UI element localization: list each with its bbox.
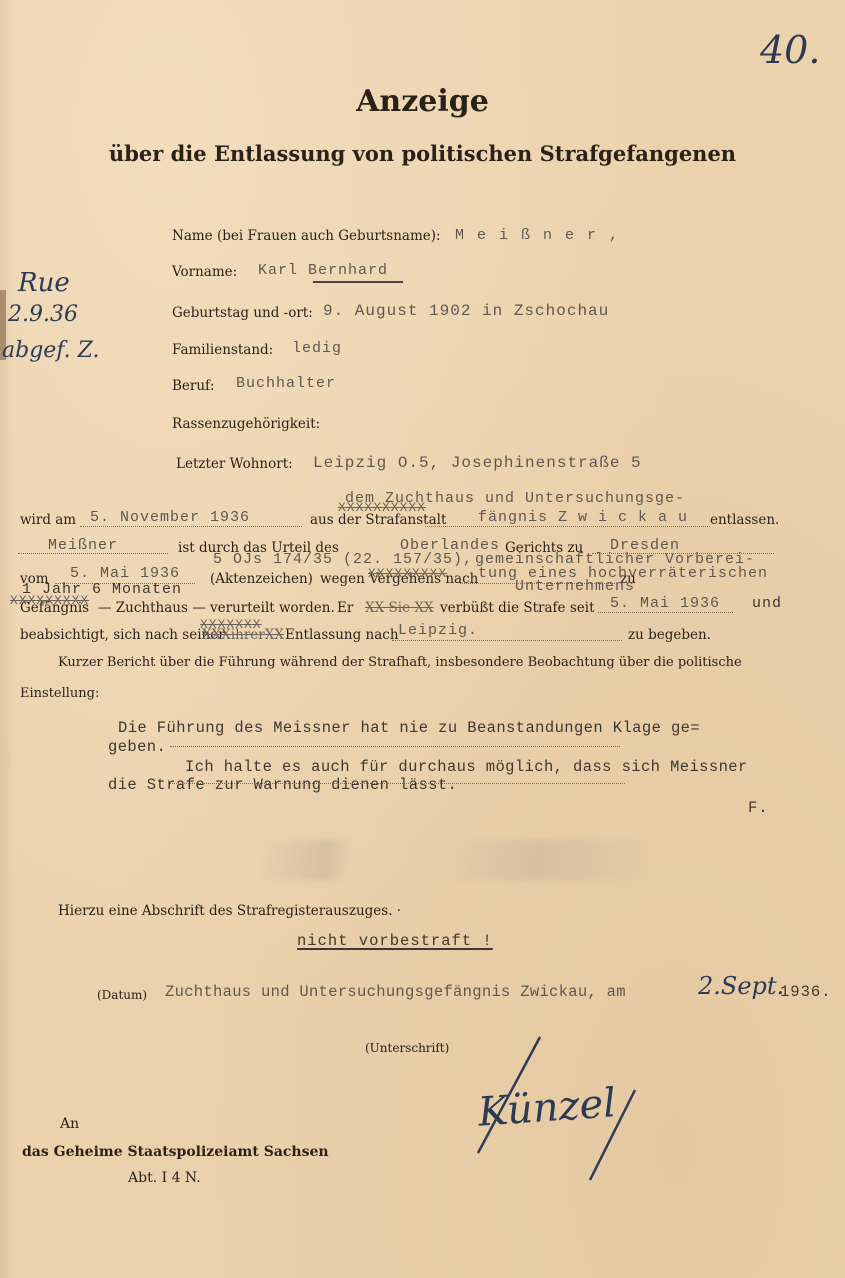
field-label-wohnort: Letzter Wohnort: bbox=[176, 456, 293, 472]
release-date: 5. November 1936 bbox=[90, 509, 250, 526]
label-entlassung-nach: Entlassung nach bbox=[285, 627, 399, 643]
attachment-note: Hierzu eine Abschrift des Strafregistera… bbox=[58, 903, 401, 919]
underline-bernhard bbox=[313, 281, 403, 283]
record-status: nicht vorbestraft ! bbox=[297, 932, 493, 950]
report-text-line4: die Strafe zur Warnung dienen lässt. bbox=[108, 776, 457, 794]
report-text-line2: geben. bbox=[108, 738, 166, 756]
page-number-handwritten: 40. bbox=[760, 28, 820, 72]
addressee-dept: Abt. I 4 N. bbox=[128, 1170, 201, 1186]
label-verbuesst: verbüßt die Strafe seit bbox=[440, 600, 595, 616]
dateline-place: Zuchthaus und Untersuchungsgefängnis Zwi… bbox=[165, 983, 626, 1001]
struck-ihrer: XXXihrerXX bbox=[202, 627, 284, 643]
destination: Leipzig. bbox=[398, 622, 478, 639]
document-title: Anzeige bbox=[0, 84, 845, 119]
label-datum: (Datum) bbox=[97, 988, 147, 1002]
field-value-name: M e i ß n e r , bbox=[455, 227, 620, 244]
signature-label: (Unterschrift) bbox=[365, 1041, 449, 1055]
dateline-year: 1936. bbox=[780, 983, 832, 1001]
field-value-beruf: Buchhalter bbox=[236, 375, 336, 392]
margin-note-line1: Rue bbox=[18, 268, 70, 298]
label-zuchthaus: — Zuchthaus — verurteilt worden. bbox=[98, 600, 335, 616]
field-label-beruf: Beruf: bbox=[172, 378, 215, 394]
label-und: und bbox=[752, 595, 782, 612]
addressee-an: An bbox=[60, 1116, 79, 1132]
margin-note-line2: 2.9.36 bbox=[8, 302, 78, 327]
field-label-geburt: Geburtstag und -ort: bbox=[172, 305, 313, 321]
field-value-wohnort: Leipzig O.5, Josephinenstraße 5 bbox=[313, 454, 642, 472]
judgment-name: Meißner bbox=[48, 537, 118, 554]
field-value-familienstand: ledig bbox=[292, 340, 342, 357]
dateline-hand-date: 2.Sept. bbox=[698, 972, 784, 1000]
label-aktenzeichen: (Aktenzeichen) bbox=[210, 571, 313, 587]
label-er: Er bbox=[337, 600, 353, 616]
label-wird-am: wird am bbox=[20, 512, 76, 528]
since-date: 5. Mai 1936 bbox=[610, 595, 720, 612]
report-text-line3: Ich halte es auch für durchaus möglich, … bbox=[185, 758, 748, 776]
institution-line2: fängnis Z w i c k a u bbox=[478, 509, 688, 526]
document-subtitle: über die Entlassung von politischen Stra… bbox=[0, 141, 845, 166]
label-zu-begeben: zu begeben. bbox=[628, 627, 711, 643]
field-label-rasse: Rassenzugehörigkeit: bbox=[172, 416, 320, 432]
margin-note-line3: abgef. Z. bbox=[2, 338, 100, 363]
struck-text-2: XXXXXXXXX bbox=[368, 566, 447, 581]
erased-pencil-mark bbox=[260, 840, 720, 880]
signature-strokes bbox=[460, 1035, 660, 1185]
report-prompt-line2: Einstellung: bbox=[20, 686, 99, 701]
field-label-vorname: Vorname: bbox=[172, 264, 237, 280]
report-prompt-line1: Kurzer Bericht über die Führung während … bbox=[58, 655, 742, 670]
struck-sie: XX Sie XX bbox=[365, 600, 434, 616]
field-value-vorname: Karl Bernhard bbox=[258, 262, 388, 279]
field-label-name: Name (bei Frauen auch Geburtsname): bbox=[172, 228, 441, 244]
label-beabsichtigt: beabsichtigt, sich nach seiner bbox=[20, 627, 225, 643]
report-initial: F. bbox=[748, 799, 769, 817]
field-label-familienstand: Familienstand: bbox=[172, 342, 273, 358]
judgment-date: 5. Mai 1936 bbox=[70, 565, 180, 582]
field-value-geburt: 9. August 1902 in Zschochau bbox=[323, 302, 609, 320]
label-gefaengnis: Gefängnis bbox=[20, 600, 89, 616]
report-text-line1: Die Führung des Meissner hat nie zu Bean… bbox=[118, 719, 700, 737]
offense-line3: Unternehmens bbox=[515, 578, 635, 595]
struck-text-1: XXXXXXXXXX bbox=[338, 500, 426, 515]
addressee-office: das Geheime Staatspolizeiamt Sachsen bbox=[22, 1144, 329, 1160]
label-entlassen: entlassen. bbox=[710, 512, 779, 528]
